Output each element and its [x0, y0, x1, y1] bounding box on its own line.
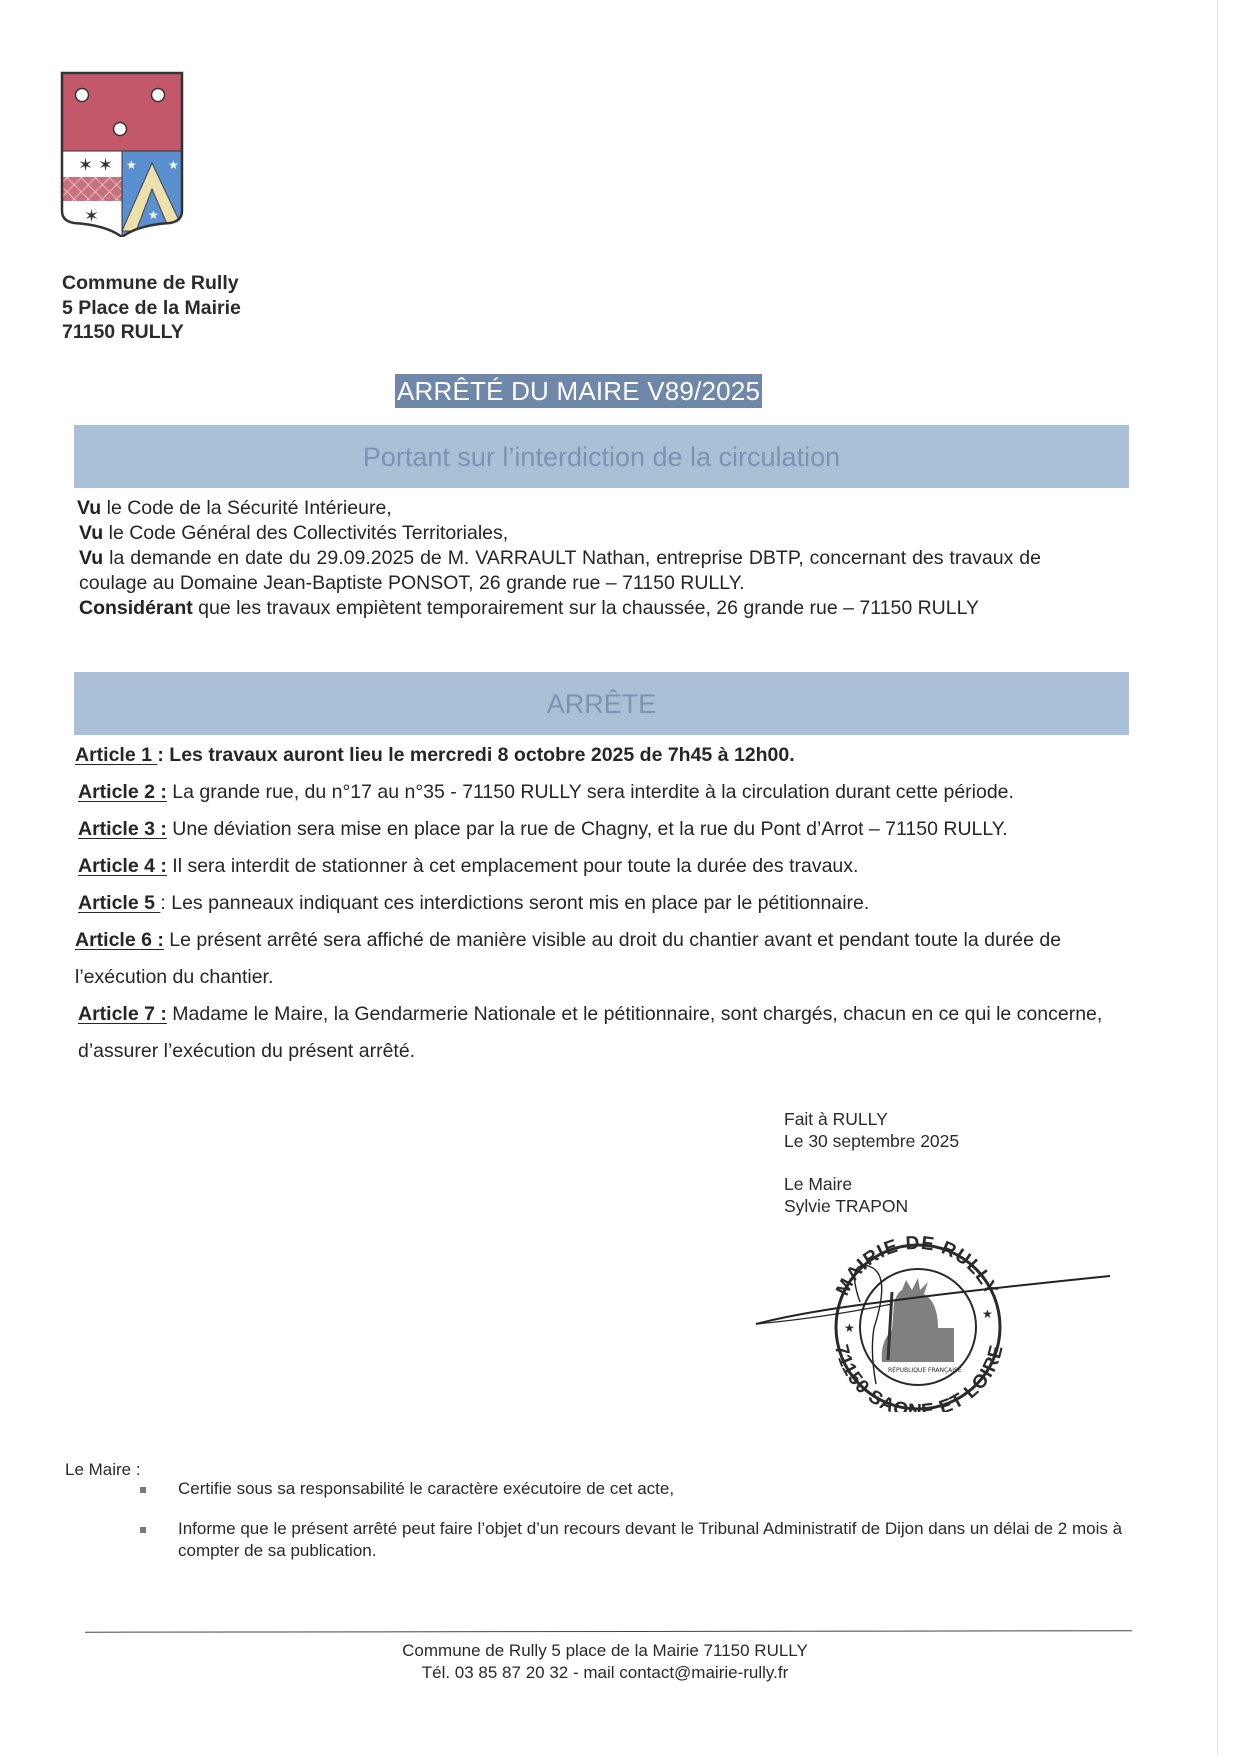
preliminary-item: Considérant que les travaux empiètent te… — [77, 596, 1077, 621]
mayor-note-item: Certifie sous sa responsabilité le carac… — [138, 1478, 1148, 1500]
mayor-notes-list: Certifie sous sa responsabilité le carac… — [138, 1478, 1148, 1580]
article-6-continued: l’exécution du chantier. — [75, 959, 1145, 996]
signature-place: Fait à RULLY — [784, 1108, 959, 1130]
decision-band: ARRÊTE — [74, 672, 1129, 735]
footer-contact: Tél. 03 85 87 20 32 - mail contact@mairi… — [0, 1662, 1210, 1684]
svg-text:✶: ✶ — [78, 155, 93, 176]
preliminary-item: Vu le Code Général des Collectivités Ter… — [77, 521, 1077, 546]
svg-text:★: ★ — [844, 1321, 855, 1335]
commune-street: 5 Place de la Mairie — [62, 296, 241, 321]
preliminary-item: Vu la demande en date du 29.09.2025 de M… — [77, 546, 1041, 596]
official-stamp-icon: MAIRIE DE RULLY 71150 SAONE ET LOIRE ★ ★… — [742, 1232, 1122, 1412]
signature-block: Fait à RULLY Le 30 septembre 2025 Le Mai… — [784, 1108, 959, 1217]
mayor-note-item: Informe que le présent arrêté peut faire… — [138, 1518, 1148, 1562]
coat-of-arms-icon: ✶ ✶ ✶ ★ ★ ★ — [60, 71, 184, 237]
svg-text:★: ★ — [168, 158, 179, 172]
article-2: Article 2 : La grande rue, du n°17 au n°… — [75, 774, 1145, 811]
footer-divider — [85, 1630, 1132, 1632]
scan-page-edge — [1217, 0, 1218, 1755]
signature-role: Le Maire — [784, 1173, 959, 1195]
article-6: Article 6 : Le présent arrêté sera affic… — [75, 922, 1145, 996]
svg-text:★: ★ — [126, 158, 137, 172]
footer-address: Commune de Rully 5 place de la Mairie 71… — [0, 1640, 1210, 1662]
bullet-square-icon — [140, 1487, 146, 1493]
signature-name: Sylvie TRAPON — [784, 1195, 959, 1217]
svg-text:★: ★ — [982, 1307, 993, 1321]
article-3: Article 3 : Une déviation sera mise en p… — [75, 811, 1145, 848]
commune-city: 71150 RULLY — [62, 320, 241, 345]
mayor-notes-label: Le Maire : — [65, 1460, 141, 1480]
commune-name: Commune de Rully — [62, 271, 241, 296]
article-4: Article 4 : Il sera interdit de stationn… — [75, 848, 1145, 885]
bullet-square-icon — [140, 1527, 146, 1533]
commune-address: Commune de Rully 5 Place de la Mairie 71… — [62, 271, 241, 345]
svg-text:RÉPUBLIQUE FRANÇAISE: RÉPUBLIQUE FRANÇAISE — [888, 1366, 962, 1374]
article-7: Article 7 : Madame le Maire, la Gendarme… — [75, 996, 1145, 1070]
article-1: Article 1 : Les travaux auront lieu le m… — [75, 737, 1145, 774]
articles-list: Article 1 : Les travaux auront lieu le m… — [75, 737, 1145, 1070]
footer: Commune de Rully 5 place de la Mairie 71… — [0, 1640, 1210, 1684]
subject-band: Portant sur l’interdiction de la circula… — [74, 425, 1129, 488]
document-title: ARRÊTÉ DU MAIRE V89/2025 — [395, 374, 762, 408]
preliminary-item: Vu le Code de la Sécurité Intérieure, — [77, 496, 1077, 521]
preliminaries: Vu le Code de la Sécurité Intérieure, Vu… — [77, 496, 1077, 621]
signature-date: Le 30 septembre 2025 — [784, 1130, 959, 1152]
svg-text:✶: ✶ — [98, 155, 113, 176]
svg-text:★: ★ — [148, 208, 159, 222]
article-7-continued: d’assurer l’exécution du présent arrêté. — [78, 1033, 1145, 1070]
article-5: Article 5 : Les panneaux indiquant ces i… — [75, 885, 1145, 922]
